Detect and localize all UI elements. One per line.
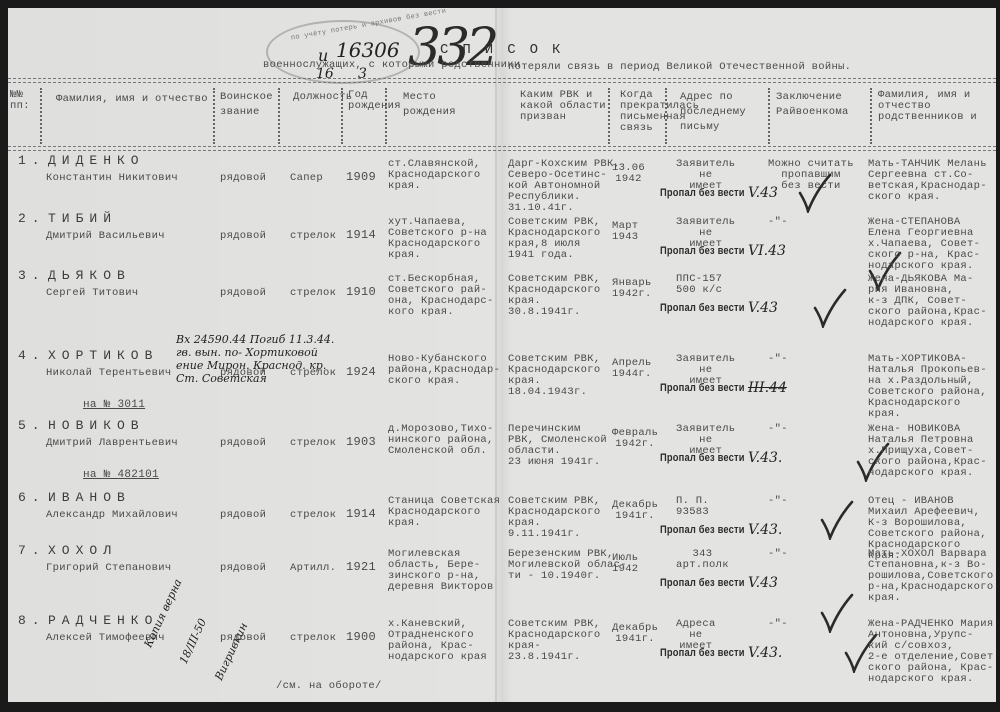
record-birth-place: х.Каневский, Отрадненского района, Крас-…: [388, 619, 487, 663]
col-header-relatives: Фамилия, имя и отчество родственников и: [878, 90, 996, 123]
record-number: 2.: [18, 211, 46, 226]
check-mark-icon: [813, 288, 847, 328]
record-drafted-by: Советским РВК, Краснодарского края,8 июл…: [508, 217, 600, 261]
record-drafted-by: Дарг-Кохским РВК, Северо-Осетинс- кой Ав…: [508, 159, 620, 214]
record-surname: ХОХОЛ: [48, 543, 117, 558]
record-number: 5.: [18, 418, 46, 433]
record-drafted-by: Советским РВК, Краснодарского края. 9.11…: [508, 496, 600, 540]
missing-status-stamp: Пропал без вести: [660, 302, 745, 314]
missing-status-stamp: Пропал без вести: [660, 524, 745, 536]
check-mark-icon: [820, 593, 854, 633]
record-surname: ДИДЕНКО: [48, 153, 145, 168]
col-header-birth-year: Год рождения: [348, 90, 384, 112]
missing-status-stamp: Пропал без вести: [660, 452, 745, 464]
record-surname: НОВИКОВ: [48, 418, 145, 433]
review-mark: V.43: [748, 300, 778, 316]
col-sep: [385, 88, 387, 144]
record-lost-contact: Февраль 1942г.: [612, 428, 658, 450]
record-drafted-by: Советским РВК, Краснодарского края. 30.8…: [508, 274, 600, 318]
record-lost-contact: Март 1943: [612, 221, 638, 243]
review-mark: V.43: [748, 185, 778, 201]
col-sep: [278, 88, 280, 144]
col-header-conclusion: Заключение Райвоенкома: [776, 90, 866, 120]
record-birth-year: 1921: [346, 562, 376, 573]
missing-status-stamp: Пропал без вести: [660, 187, 745, 199]
review-mark: VI.43: [748, 243, 786, 259]
col-header-rank: Воинское звание: [220, 90, 276, 120]
col-header-num: №№ пп:: [10, 90, 38, 112]
record-birth-year: 1910: [346, 287, 376, 298]
certification-signer: Вигривкин: [212, 610, 255, 682]
record-drafted-by: Советским РВК, Краснодарского края- 23.8…: [508, 619, 600, 663]
archival-document-page: по учёту потерь и архивов без вести и 16…: [8, 8, 996, 702]
record-last-address: П. П. 93583: [676, 496, 709, 518]
record-birth-place: Станица Советская Краснодарского края.: [388, 496, 500, 529]
document-subtitle-left: военнослужащих, с которыми родственники: [263, 60, 520, 71]
col-sep: [213, 88, 215, 144]
record-given-name: Константин Никитович: [46, 173, 178, 184]
record-lost-contact: Декабрь 1941г.: [612, 500, 658, 522]
record-position: стрелок: [290, 510, 336, 521]
record-number: 4.: [18, 348, 46, 363]
record-conclusion: -"-: [768, 496, 788, 507]
record-position: Сапер: [290, 173, 323, 184]
record-lost-contact: Январь 1942г.: [612, 278, 652, 300]
check-mark-icon: [820, 500, 854, 540]
record-lost-contact: Июль 1942: [612, 553, 638, 575]
record-rank: рядовой: [220, 231, 266, 242]
record-birth-place: ст.Бескорбная, Советского рай- она, Крас…: [388, 274, 494, 318]
record-birth-place: хут.Чапаева, Советского р-на Краснодарск…: [388, 217, 487, 261]
record-drafted-by: Березенским РВК, Могилевской облас- ти -…: [508, 549, 627, 582]
record-number: 7.: [18, 543, 46, 558]
certification-line: Копия верна: [142, 577, 185, 649]
missing-status-stamp: Пропал без вести: [660, 382, 745, 394]
record-number: 3.: [18, 268, 46, 283]
record-rank: рядовой: [220, 510, 266, 521]
record-reference: на № 3011: [83, 400, 145, 411]
record-drafted-by: Советским РВК, Краснодарского края. 18.0…: [508, 354, 600, 398]
record-birth-year: 1900: [346, 632, 376, 643]
record-conclusion: -"-: [768, 424, 788, 435]
record-birth-year: 1914: [346, 230, 376, 241]
review-mark: III.44: [748, 380, 787, 396]
record-last-address: 343 арт.полк: [676, 549, 729, 571]
record-surname: ДЬЯКОВ: [48, 268, 131, 283]
record-birth-place: Ново-Кубанского района,Краснодар- ского …: [388, 354, 500, 387]
record-given-name: Дмитрий Васильевич: [46, 231, 165, 242]
record-birth-year: 1914: [346, 509, 376, 520]
record-number: 8.: [18, 613, 46, 628]
record-birth-place: Могилевская область, Бере- зинского р-на…: [388, 549, 494, 593]
check-mark-icon: [798, 173, 832, 213]
record-position: стрелок: [290, 288, 336, 299]
record-surname: ХОРТИКОВ: [48, 348, 158, 363]
col-header-lost-contact: Когда прекратилась письменная связь: [620, 90, 665, 134]
handwritten-annotation: Вх 24590.44 Погиб 11.3.44. гв. вын. по- …: [176, 333, 334, 385]
col-sep: [40, 88, 42, 144]
record-rank: рядовой: [220, 288, 266, 299]
review-mark: V.43.: [748, 645, 782, 661]
record-conclusion: -"-: [768, 217, 788, 228]
record-surname: ТИБИЙ: [48, 211, 117, 226]
certification-signature: Копия верна 18/III-50 Вигривкин: [118, 566, 279, 693]
record-given-name: Сергей Титович: [46, 288, 138, 299]
col-header-position: Должность: [293, 90, 339, 105]
col-sep: [870, 88, 872, 144]
record-given-name: Дмитрий Лаврентьевич: [46, 438, 178, 449]
record-birth-place: д.Морозово,Тихо- нинского района, Смолен…: [388, 424, 494, 457]
record-given-name: Николай Терентьевич: [46, 368, 171, 379]
record-conclusion: -"-: [768, 354, 788, 365]
record-relatives: Жена- НОВИКОВА Наталья Петровна х.Прищух…: [868, 424, 987, 479]
record-lost-contact: Декабрь 1941г.: [612, 623, 658, 645]
missing-status-stamp: Пропал без вести: [660, 647, 745, 659]
record-birth-year: 1924: [346, 367, 376, 378]
missing-status-stamp: Пропал без вести: [660, 245, 745, 257]
col-header-last-address: Адрес по последнему письму: [680, 90, 766, 135]
certification-date: 18/III-50: [177, 594, 220, 666]
missing-status-stamp: Пропал без вести: [660, 577, 745, 589]
record-relatives: Мать-ТАНЧИК Мелань Сергеевна ст.Со- ветс…: [868, 159, 987, 203]
record-rank: рядовой: [220, 438, 266, 449]
review-mark: V.43: [748, 575, 778, 591]
col-header-name: Фамилия, имя и отчество: [56, 94, 208, 105]
record-position: стрелок: [290, 633, 336, 644]
review-mark: V.43.: [748, 450, 782, 466]
col-header-birth-place: Место рождения: [403, 90, 483, 120]
record-last-address: ППС-157 500 к/с: [676, 274, 722, 296]
review-mark: V.43.: [748, 522, 782, 538]
record-position: стрелок: [290, 438, 336, 449]
record-rank: рядовой: [220, 173, 266, 184]
record-birth-year: 1903: [346, 437, 376, 448]
record-rank: рядовой: [220, 563, 266, 574]
see-reverse-note: /см. на обороте/: [276, 681, 382, 692]
record-number: 6.: [18, 490, 46, 505]
record-drafted-by: Перечинским РВК, Смоленской области. 23 …: [508, 424, 607, 468]
record-birth-year: 1909: [346, 172, 376, 183]
record-relatives: Мать-ХОРТИКОВА- Наталья Прокопьев- на х.…: [868, 354, 987, 420]
record-position: Артилл.: [290, 563, 336, 574]
record-lost-contact: Апрель 1944г.: [612, 358, 652, 380]
record-given-name: Александр Михайлович: [46, 510, 178, 521]
header-bottom-rule: [8, 146, 996, 151]
record-relatives: Мать-ХОХОЛ Варвара Степановна,к-з Во- ро…: [868, 549, 993, 604]
record-relatives: Жена-ДЬЯКОВА Ма- рия Ивановна, к-з ДПК, …: [868, 274, 987, 329]
record-surname: ИВАНОВ: [48, 490, 131, 505]
header-top-rule: [8, 78, 996, 83]
record-relatives: Жена-РАДЧЕНКО Мария Антоновна,Урупс- кий…: [868, 619, 993, 685]
record-conclusion: -"-: [768, 619, 788, 630]
record-number: 1.: [18, 153, 46, 168]
record-conclusion: -"-: [768, 549, 788, 560]
record-birth-place: ст.Славянской, Краснодарского края.: [388, 159, 480, 192]
record-reference: на № 482101: [83, 470, 159, 481]
record-position: стрелок: [290, 231, 336, 242]
record-lost-contact: 13.06 1942: [612, 163, 645, 185]
col-header-drafted-by: Каким РВК и какой области призван: [520, 90, 610, 123]
col-sep: [768, 88, 770, 144]
record-relatives: Жена-СТЕПАНОВА Елена Георгиевна х.Чапаев…: [868, 217, 980, 272]
document-title: СПИСОК: [440, 42, 574, 58]
document-subtitle-right: потеряли связь в период Великой Отечеств…: [508, 62, 851, 73]
